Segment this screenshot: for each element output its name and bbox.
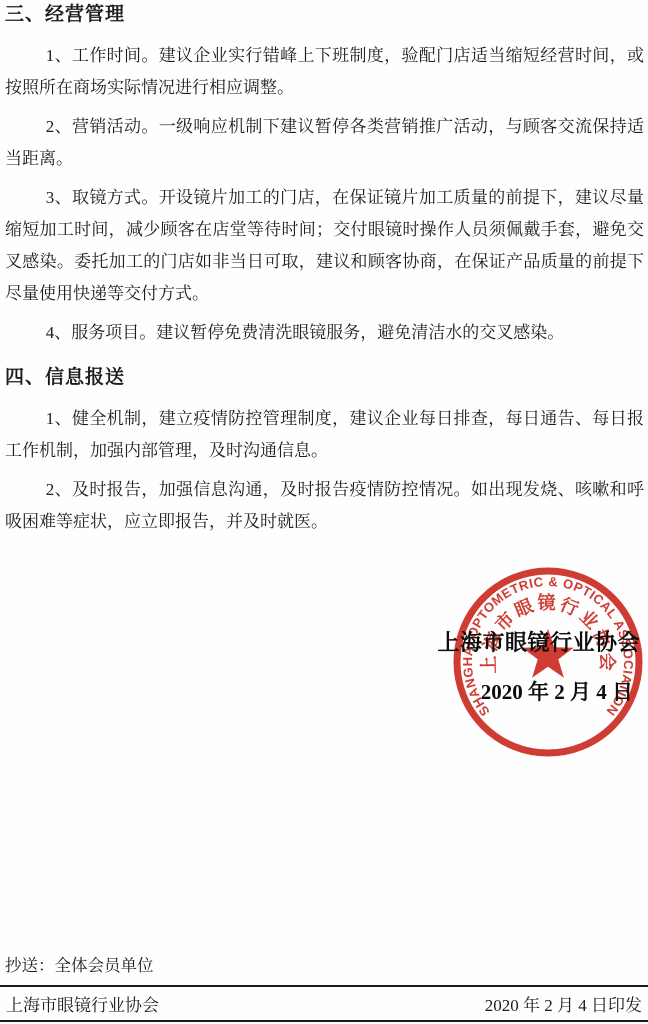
section-heading-information-reporting: 四、信息报送 <box>5 365 644 391</box>
footer-issue-date: 2020 年 2 月 4 日印发 <box>485 991 642 1016</box>
section-heading-business-management: 三、经营管理 <box>5 2 644 28</box>
footer-divider-bottom <box>0 1020 648 1022</box>
seal-english-ring-text: SHANGHAI OPTOMETRIC & OPTICAL ASSOCIATIO… <box>460 574 636 719</box>
paragraph-work-hours: 1、工作时间。建议企业实行错峰上下班制度，验配门店适当缩短经营时间，或按照所在商… <box>5 40 644 104</box>
document-footer: 抄送：全体会员单位 上海市眼镜行业协会 2020 年 2 月 4 日印发 <box>0 955 648 1022</box>
seal-outer-ring <box>457 571 639 753</box>
document-body: 三、经营管理 1、工作时间。建议企业实行错峰上下班制度，验配门店适当缩短经营时间… <box>0 0 648 545</box>
footer-cc-line: 抄送：全体会员单位 <box>0 955 648 985</box>
paragraph-glasses-pickup: 3、取镜方式。开设镜片加工的门店，在保证镜片加工质量的前提下，建议尽量缩短加工时… <box>5 182 644 310</box>
paragraph-timely-report: 2、及时报告，加强信息沟通，及时报告疫情防控情况。如出现发烧、咳嗽和呼吸困难等症… <box>5 474 644 538</box>
signature-date: 2020 年 2 月 4 日 <box>481 676 633 706</box>
footer-issuer: 上海市眼镜行业协会 <box>6 991 159 1016</box>
signature-org: 上海市眼镜行业协会 <box>437 626 640 657</box>
paragraph-services: 4、服务项目。建议暂停免费清洗眼镜服务，避免清洁水的交叉感染。 <box>5 317 644 349</box>
paragraph-mechanism: 1、健全机制，建立疫情防控管理制度，建议企业每日排查，每日通告、每日报工作机制，… <box>5 403 644 467</box>
official-seal: SHANGHAI OPTOMETRIC & OPTICAL ASSOCIATIO… <box>450 564 646 760</box>
red-star-icon <box>522 629 573 678</box>
svg-text:SHANGHAI OPTOMETRIC & OPTICAL: SHANGHAI OPTOMETRIC & OPTICAL ASSOCIATIO… <box>460 574 636 719</box>
svg-text:上海市眼镜行业协会: 上海市眼镜行业协会 <box>478 592 618 674</box>
footer-issuer-row: 上海市眼镜行业协会 2020 年 2 月 4 日印发 <box>0 987 648 1020</box>
paragraph-marketing: 2、营销活动。一级响应机制下建议暂停各类营销推广活动，与顾客交流保持适当距离。 <box>5 111 644 175</box>
seal-chinese-arc-text: 上海市眼镜行业协会 <box>478 592 618 674</box>
document-page: 三、经营管理 1、工作时间。建议企业实行错峰上下班制度，验配门店适当缩短经营时间… <box>0 0 648 1024</box>
